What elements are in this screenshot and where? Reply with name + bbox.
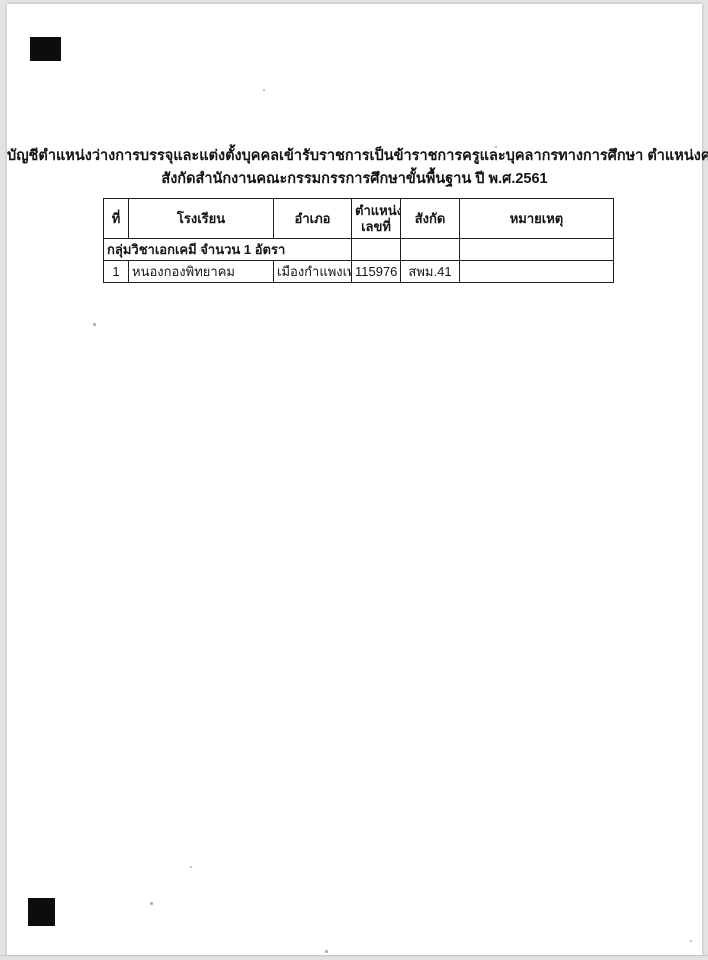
document-page: บัญชีตำแหน่งว่างการบรรจุและแต่งตั้งบุคคล… (7, 4, 702, 955)
scan-speck (190, 866, 192, 868)
cell-school: หนองกองพิทยาคม (129, 261, 274, 283)
document-title: บัญชีตำแหน่งว่างการบรรจุและแต่งตั้งบุคคล… (7, 145, 702, 191)
vacancy-table: ที่ โรงเรียน อำเภอ ตำแหน่ง​เลขที่ สังกัด… (103, 198, 614, 283)
column-header-affiliation: สังกัด (401, 199, 460, 239)
scan-speck (263, 89, 265, 91)
column-header-no: ที่ (104, 199, 129, 239)
scan-speck (325, 950, 328, 953)
scan-speck (150, 902, 153, 905)
column-header-remark: หมายเหตุ (460, 199, 614, 239)
cell-district: เมืองกำแพงเพชร (274, 261, 352, 283)
column-header-position-no: ตำแหน่ง​เลขที่ (352, 199, 401, 239)
cell-no: 1 (104, 261, 129, 283)
empty-cell (401, 239, 460, 261)
scan-mark-bottom-left (28, 898, 55, 926)
table-row: 1 หนองกองพิทยาคม เมืองกำแพงเพชร 115976 ส… (104, 261, 614, 283)
page-bottom-edge (0, 955, 708, 956)
scan-speck (93, 323, 96, 326)
cell-affiliation: สพม.41 (401, 261, 460, 283)
cell-remark (460, 261, 614, 283)
empty-cell (352, 239, 401, 261)
column-header-district: อำเภอ (274, 199, 352, 239)
empty-cell (460, 239, 614, 261)
subject-group-label: กลุ่มวิชาเอกเคมี จำนวน 1 อัตรา (104, 239, 352, 261)
cell-position-no: 115976 (352, 261, 401, 283)
title-line-1: บัญชีตำแหน่งว่างการบรรจุและแต่งตั้งบุคคล… (7, 145, 702, 168)
subject-group-row: กลุ่มวิชาเอกเคมี จำนวน 1 อัตรา (104, 239, 614, 261)
table-header-row: ที่ โรงเรียน อำเภอ ตำแหน่ง​เลขที่ สังกัด… (104, 199, 614, 239)
title-line-2: สังกัดสำนักงานคณะกรรมกรรการศึกษาขั้นพื้น… (7, 168, 702, 191)
scan-speck (495, 146, 497, 148)
scan-mark-top-left (30, 37, 61, 61)
scanned-document-canvas: { "colors": { "canvas_bg": "#e3e3e3", "p… (0, 0, 708, 960)
column-header-school: โรงเรียน (129, 199, 274, 239)
scan-speck (690, 940, 692, 942)
